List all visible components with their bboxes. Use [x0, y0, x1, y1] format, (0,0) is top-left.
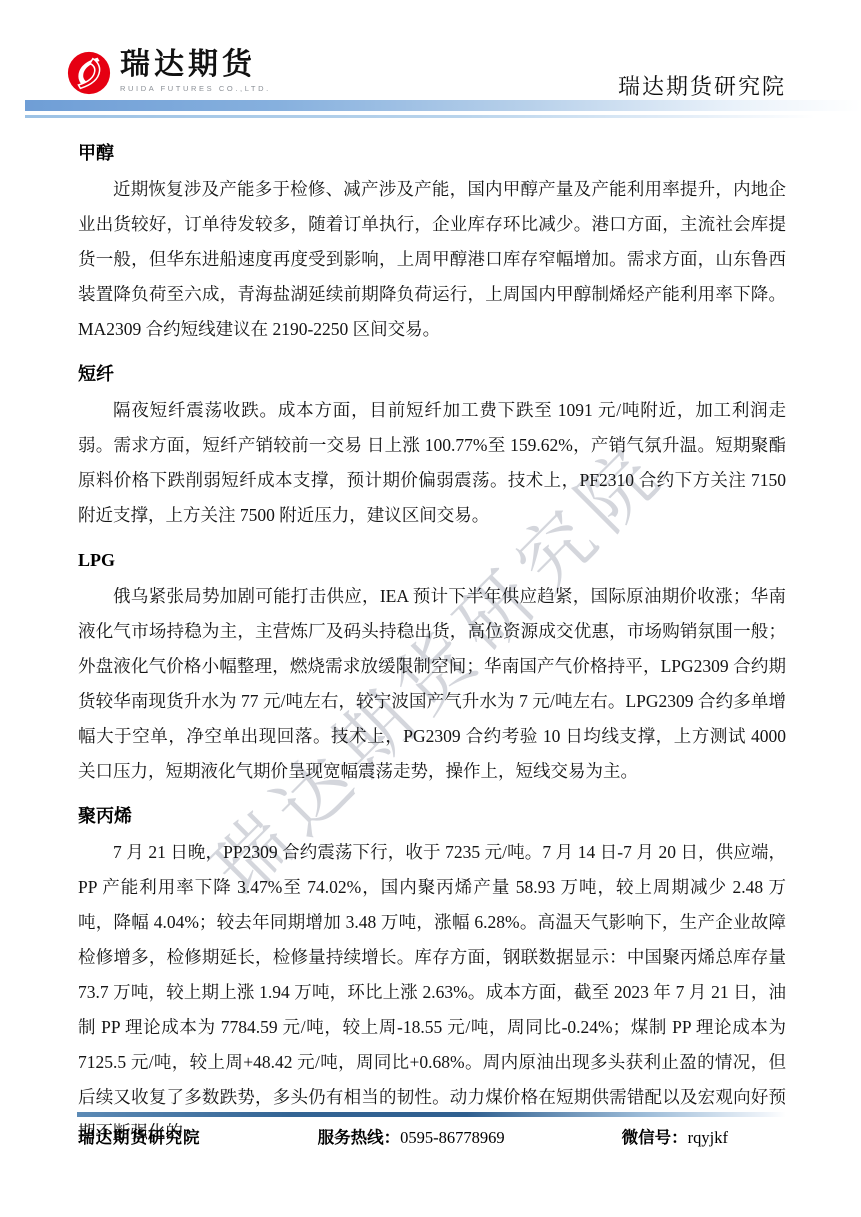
report-content: 甲醇 近期恢复涉及产能多于检修、减产涉及产能，国内甲醇产量及产能利用率提升，内地…: [78, 140, 786, 1164]
header-divider-line: [25, 115, 815, 118]
section-polypropylene: 聚丙烯 7 月 21 日晚，PP2309 合约震荡下行，收于 7235 元/吨。…: [78, 803, 786, 1150]
footer-divider-bar: [77, 1112, 786, 1117]
header-institute-title: 瑞达期货研究院: [618, 70, 786, 101]
header-divider-bar: [25, 100, 861, 111]
brand-subtitle: RUIDA FUTURES CO.,LTD.: [120, 84, 271, 93]
footer-wechat-id: rqyjkf: [688, 1128, 728, 1147]
footer-institute: 瑞达期货研究院: [78, 1126, 201, 1150]
section-body-methanol: 近期恢复涉及产能多于检修、减产涉及产能，国内甲醇产量及产能利用率提升，内地企业出…: [78, 172, 786, 347]
ruida-logo-icon: [66, 50, 112, 96]
section-heading-methanol: 甲醇: [78, 140, 786, 166]
section-short-fiber: 短纤 隔夜短纤震荡收跌。成本方面，目前短纤加工费下跌至 1091 元/吨附近，加…: [78, 361, 786, 533]
section-heading-polypropylene: 聚丙烯: [78, 803, 786, 829]
footer-hotline-label: 服务热线：: [318, 1128, 401, 1147]
section-heading-lpg: LPG: [78, 547, 786, 573]
section-body-short-fiber: 隔夜短纤震荡收跌。成本方面，目前短纤加工费下跌至 1091 元/吨附近，加工利润…: [78, 393, 786, 533]
footer-hotline-number: 0595-86778969: [400, 1128, 505, 1147]
footer-hotline: 服务热线：0595-86778969: [318, 1126, 505, 1150]
section-heading-short-fiber: 短纤: [78, 361, 786, 387]
footer-wechat: 微信号：rqyjkf: [622, 1126, 728, 1150]
section-body-polypropylene: 7 月 21 日晚，PP2309 合约震荡下行，收于 7235 元/吨。7 月 …: [78, 835, 786, 1150]
footer: 瑞达期货研究院 服务热线：0595-86778969 微信号：rqyjkf: [78, 1126, 786, 1150]
brand-text-column: 瑞达期货 RUIDA FUTURES CO.,LTD.: [120, 48, 271, 93]
footer-wechat-label: 微信号：: [622, 1128, 688, 1147]
report-page: 瑞达期货研究院 瑞达期货 RUIDA FUTURES CO.,LTD. 瑞达期货…: [0, 0, 861, 1217]
section-body-lpg: 俄乌紧张局势加剧可能打击供应，IEA 预计下半年供应趋紧，国际原油期价收涨；华南…: [78, 579, 786, 789]
section-lpg: LPG 俄乌紧张局势加剧可能打击供应，IEA 预计下半年供应趋紧，国际原油期价收…: [78, 547, 786, 789]
brand-name: 瑞达期货: [120, 48, 271, 82]
brand-logo: 瑞达期货 RUIDA FUTURES CO.,LTD.: [66, 48, 271, 102]
section-methanol: 甲醇 近期恢复涉及产能多于检修、减产涉及产能，国内甲醇产量及产能利用率提升，内地…: [78, 140, 786, 347]
